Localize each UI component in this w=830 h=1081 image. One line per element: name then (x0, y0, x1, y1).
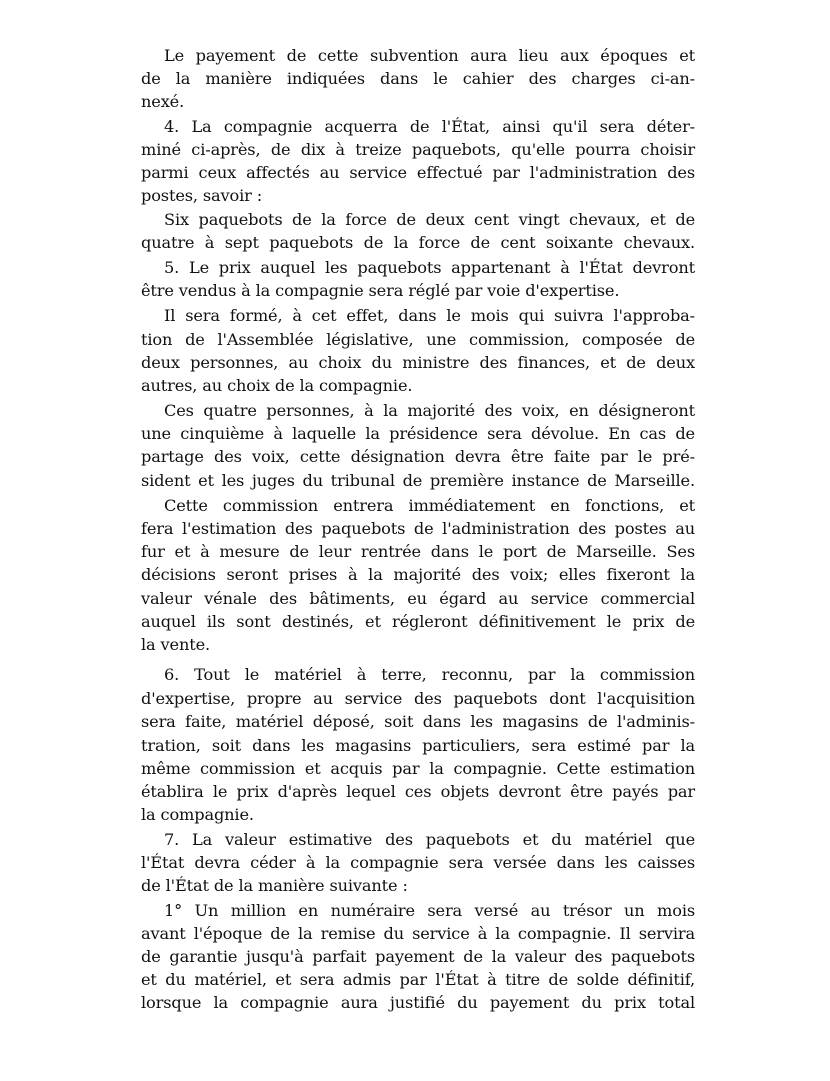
text-line: auquel ils sont destinés, et régleront d… (141, 610, 695, 634)
text-line: 7. La valeur estimative des paquebots et… (164, 828, 695, 852)
text-line: décisions seront prises à la majorité de… (141, 563, 695, 587)
text-line: tion de l'Assemblée législative, une com… (141, 328, 695, 352)
text-line: 1° Un million en numéraire sera versé au… (164, 899, 695, 923)
text-line: postes, savoir : (141, 184, 695, 208)
text-line: la compagnie. (141, 803, 695, 827)
text-line: d'expertise, propre au service des paque… (141, 687, 695, 711)
text-line: de garantie jusqu'à parfait payement de … (141, 945, 695, 969)
text-line: deux personnes, au choix du ministre des… (141, 351, 695, 375)
text-line: de l'État de la manière suivante : (141, 874, 695, 898)
text-line: Ces quatre personnes, à la majorité des … (164, 399, 695, 423)
text-line: être vendus à la compagnie sera réglé pa… (141, 279, 695, 303)
text-line: de la manière indiquées dans le cahier d… (141, 67, 695, 91)
text-line: 5. Le prix auquel les paquebots apparten… (164, 256, 695, 280)
text-line: 4. La compagnie acquerra de l'État, ains… (164, 115, 695, 139)
text-line: autres, au choix de la compagnie. (141, 374, 695, 398)
text-line: Le payement de cette subvention aura lie… (164, 44, 695, 68)
scanned-page: Le payement de cette subvention aura lie… (0, 0, 830, 1081)
text-line: quatre à sept paquebots de la force de c… (141, 231, 695, 255)
text-line: Cette commission entrera immédiatement e… (164, 494, 695, 518)
text-line: partage des voix, cette désignation devr… (141, 445, 695, 469)
text-line: et du matériel, et sera admis par l'État… (141, 968, 695, 992)
text-line: Il sera formé, à cet effet, dans le mois… (164, 304, 695, 328)
text-line: même commission et acquis par la compagn… (141, 757, 695, 781)
text-line: l'État devra céder à la compagnie sera v… (141, 851, 695, 875)
text-line: Six paquebots de la force de deux cent v… (164, 208, 695, 232)
text-line: parmi ceux affectés au service effectué … (141, 161, 695, 185)
text-line: lorsque la compagnie aura justifié du pa… (141, 991, 695, 1015)
text-line: une cinquième à laquelle la présidence s… (141, 422, 695, 446)
text-line: la vente. (141, 633, 695, 657)
text-line: sident et les juges du tribunal de premi… (141, 469, 695, 493)
text-line: sera faite, matériel déposé, soit dans l… (141, 710, 695, 734)
text-line: valeur vénale des bâtiments, eu égard au… (141, 587, 695, 611)
text-line: établira le prix d'après lequel ces obje… (141, 780, 695, 804)
text-line: nexé. (141, 90, 695, 114)
text-line: fera l'estimation des paquebots de l'adm… (141, 517, 695, 541)
text-line: miné ci-après, de dix à treize paquebots… (141, 138, 695, 162)
text-line: tration, soit dans les magasins particul… (141, 734, 695, 758)
text-line: avant l'époque de la remise du service à… (141, 922, 695, 946)
text-line: 6. Tout le matériel à terre, reconnu, pa… (164, 663, 695, 687)
text-line: fur et à mesure de leur rentrée dans le … (141, 540, 695, 564)
